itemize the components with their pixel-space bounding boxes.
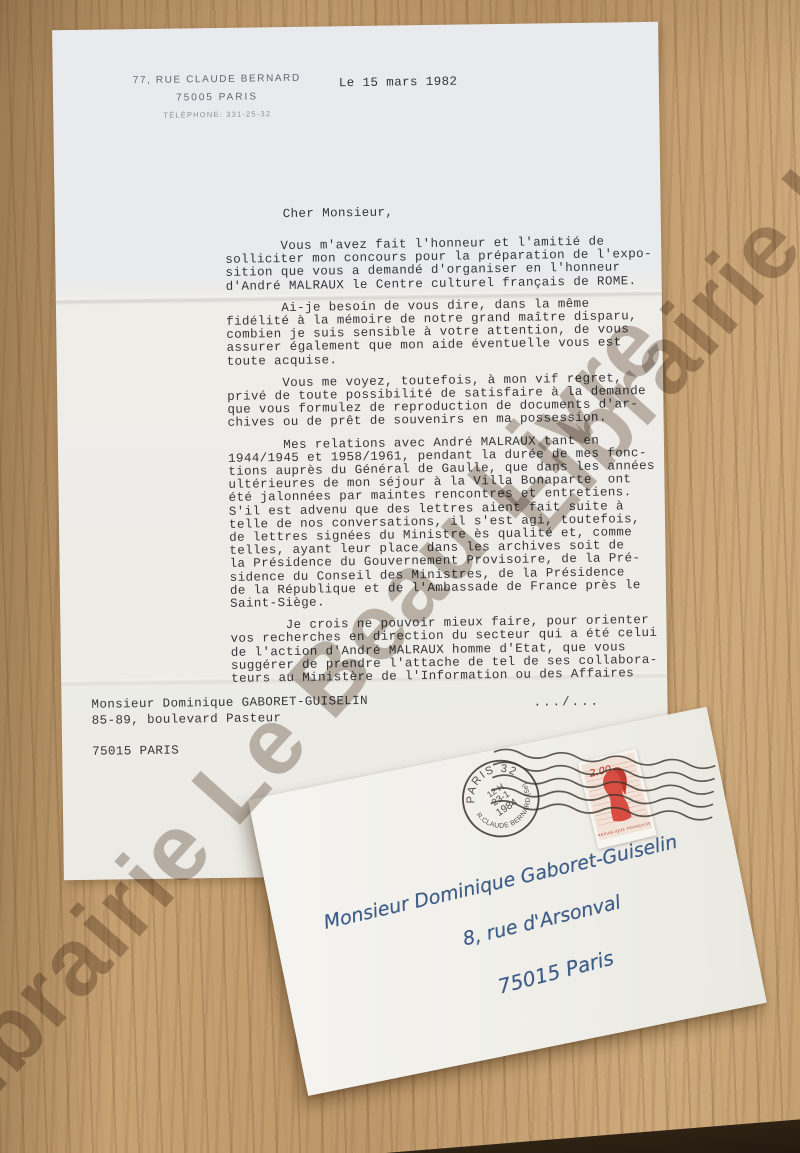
letter-paragraph: Vous me voyez, toutefois, à mon vif regr… <box>227 371 684 430</box>
letter-paragraph: Ai-je besoin de vous dire, dans la même … <box>226 296 683 368</box>
handwritten-address-city: 75015 Paris <box>495 946 616 999</box>
salutation: Cher Monsieur, <box>283 206 394 222</box>
cancellation-waves-icon <box>490 746 722 832</box>
letter-paragraph: Vous m'avez fait l'honneur et l'amitié d… <box>225 235 682 294</box>
continuation-mark: .../... <box>533 695 600 710</box>
photographed-letter-scene: 77, RUE CLAUDE BERNARD 75005 PARIS TÉLÉP… <box>0 0 800 1153</box>
recipient-address: Monsieur Dominique GABORET-GUISELIN 85-8… <box>91 694 368 760</box>
table-edge-shadow <box>0 1083 800 1153</box>
letterhead-city: 75005 PARIS <box>111 90 323 104</box>
letterhead-street: 77, RUE CLAUDE BERNARD <box>111 72 323 86</box>
letter-paragraph: Je crois ne pouvoir mieux faire, pour or… <box>230 614 687 686</box>
handwritten-address-street: 8, rue d'Arsonval <box>461 891 623 950</box>
letterhead-phone: TÉLÉPHONE: 331-25-32 <box>111 108 323 120</box>
letterhead: 77, RUE CLAUDE BERNARD 75005 PARIS TÉLÉP… <box>111 72 324 120</box>
letter-body: Vous m'avez fait l'honneur et l'amitié d… <box>225 235 687 696</box>
letter-paragraph: Mes relations avec André MALRAUX tant en… <box>228 433 686 611</box>
letter-date: Le 15 mars 1982 <box>339 75 458 91</box>
